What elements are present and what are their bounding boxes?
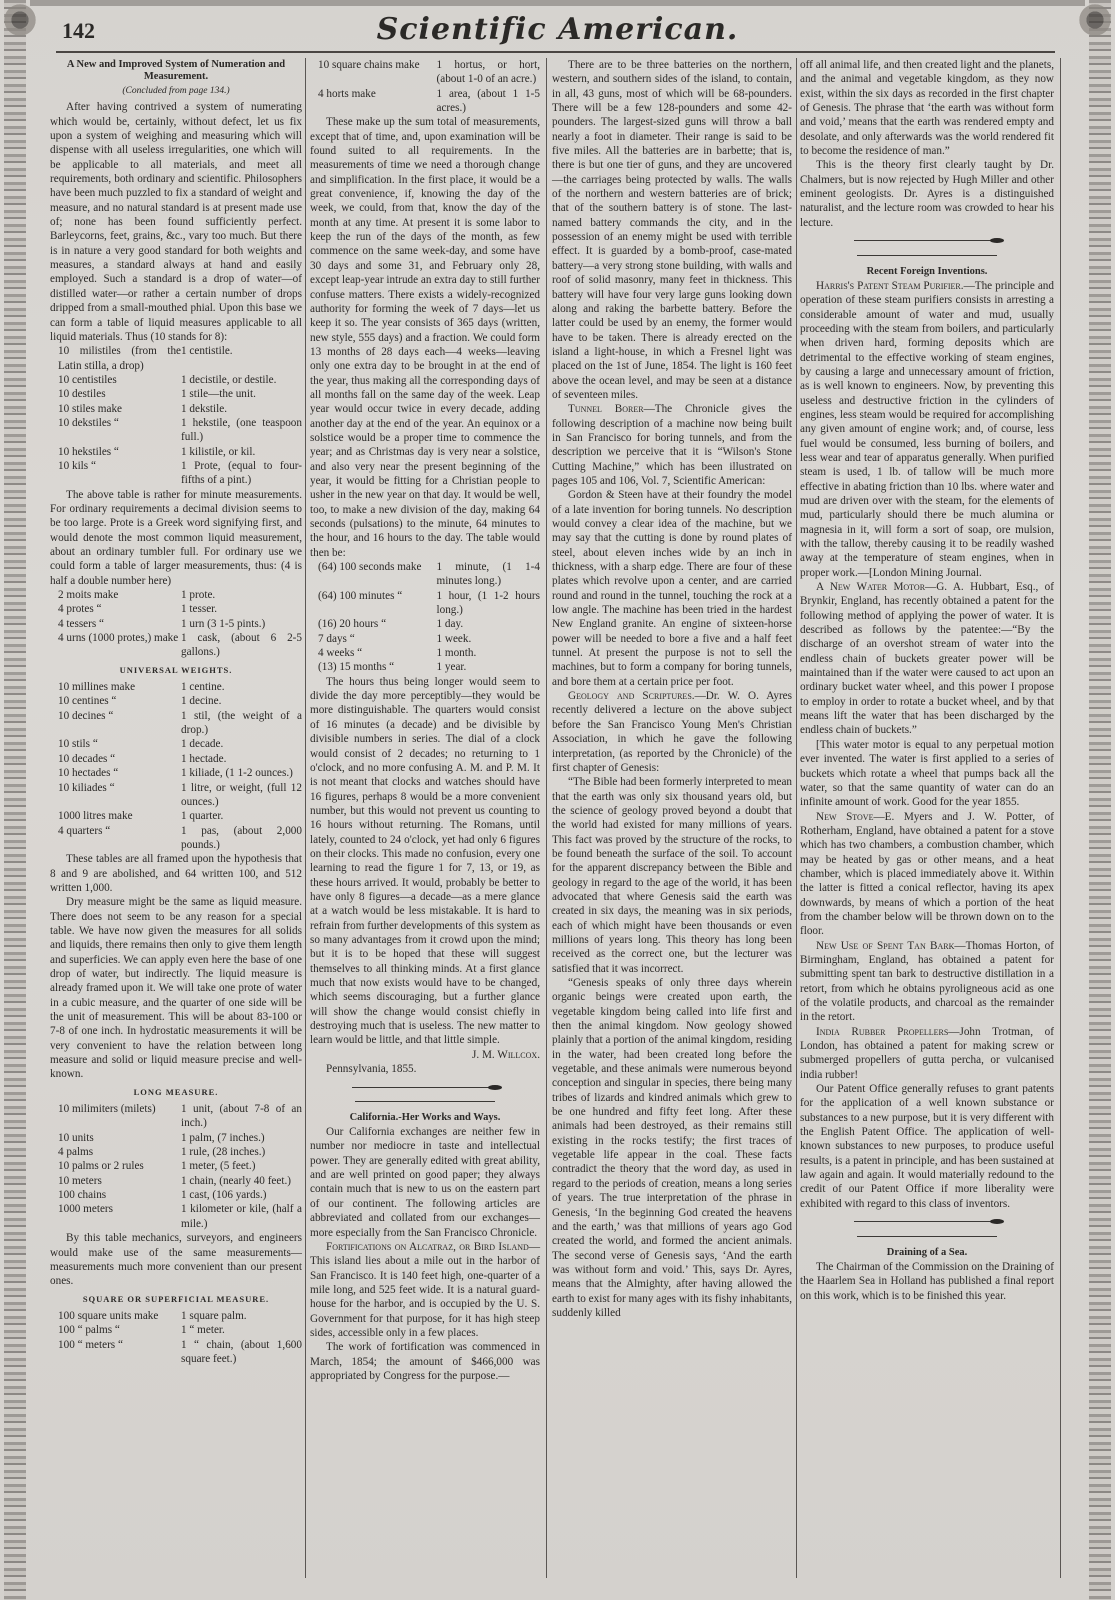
- table-row: 4 protes “1 tesser.: [50, 602, 302, 616]
- masthead-rule: [56, 51, 1055, 53]
- section-lead: Harris's Patent Steam Purifier: [816, 280, 961, 292]
- article-title: A New and Improved System of Numeration …: [50, 59, 302, 83]
- table-row: 10 square chains make1 hortus, or hort, …: [310, 58, 540, 87]
- paragraph: Our Patent Office generally refuses to g…: [800, 1082, 1054, 1211]
- table-row: 10 destiles1 stile—the unit.: [50, 387, 302, 401]
- paragraph: off all animal life, and then created li…: [800, 58, 1054, 158]
- column-3: There are to be three batteries on the n…: [552, 58, 792, 1320]
- table-row: 100 chains1 cast, (106 yards.): [50, 1188, 302, 1202]
- section-lead: New Stove: [816, 811, 873, 823]
- column-divider: [796, 58, 797, 1578]
- article-subtitle: (Concluded from page 134.): [50, 84, 302, 98]
- section-lead: A New Water Motor: [816, 581, 925, 593]
- paragraph: This is the theory first clearly taught …: [800, 158, 1054, 230]
- table-row: (16) 20 hours “1 day.: [310, 617, 540, 631]
- table-row: 1000 meters1 kilometer or kile, (half a …: [50, 1202, 302, 1231]
- table-row: 10 centines “1 decine.: [50, 694, 302, 708]
- table-row: 7 days “1 week.: [310, 632, 540, 646]
- table-row: 10 meters1 chain, (nearly 40 feet.): [50, 1174, 302, 1188]
- paragraph: Dry measure might be the same as liquid …: [50, 895, 302, 1081]
- table-row: 10 milistiles (from the Latin stilla, a …: [50, 344, 302, 373]
- paragraph: Tunnel Borer—The Chronicle gives the fol…: [552, 402, 792, 488]
- article-title: Draining of a Sea.: [800, 1247, 1054, 1259]
- table-row: 4 weeks “1 month.: [310, 646, 540, 660]
- paragraph: The Chairman of the Commission on the Dr…: [800, 1260, 1054, 1303]
- column-2: 10 square chains make1 hortus, or hort, …: [310, 58, 540, 1383]
- paragraph: Harris's Patent Steam Purifier.—The prin…: [800, 279, 1054, 580]
- paragraph: The hours thus being longer would seem t…: [310, 675, 540, 1048]
- paragraph: The work of fortification was commenced …: [310, 1340, 540, 1383]
- table-row: 4 horts make1 area, (about 1 1-5 acres.): [310, 87, 540, 116]
- table-row: 100 “ palms “1 “ meter.: [50, 1323, 302, 1337]
- section-title: Recent Foreign Inventions.: [800, 266, 1054, 278]
- table-row: 10 stiles make1 dekstile.: [50, 402, 302, 416]
- paragraph: “The Bible had been formerly interpreted…: [552, 775, 792, 976]
- square-measure-table-continued: 10 square chains make1 hortus, or hort, …: [310, 58, 540, 115]
- paragraph: The above table is rather for minute mea…: [50, 488, 302, 588]
- table-row: 10 centistiles1 decistile, or destile.: [50, 373, 302, 387]
- ornamental-divider-icon: [800, 1215, 1054, 1244]
- square-measure-table: 100 square units make1 square palm. 100 …: [50, 1309, 302, 1366]
- dateline: Pennsylvania, 1855.: [310, 1062, 540, 1076]
- section-lead: India Rubber Propellers: [816, 1026, 948, 1038]
- paragraph: These make up the sum total of measureme…: [310, 115, 540, 560]
- paragraph: Geology and Scriptures.—Dr. W. O. Ayres …: [552, 689, 792, 775]
- table-row: (13) 15 months “1 year.: [310, 660, 540, 674]
- table-row: (64) 100 minutes “1 hour, (1 1-2 hours l…: [310, 589, 540, 618]
- table-row: 10 hectades “1 kiliade, (1 1-2 ounces.): [50, 766, 302, 780]
- column-1: A New and Improved System of Numeration …: [50, 58, 302, 1366]
- paragraph: Our California exchanges are neither few…: [310, 1125, 540, 1240]
- table-row: 4 quarters “1 pas, (about 2,000 pounds.): [50, 824, 302, 853]
- article-title: California.-Her Works and Ways.: [310, 1112, 540, 1124]
- table-title: UNIVERSAL WEIGHTS.: [50, 663, 302, 677]
- table-title: LONG MEASURE.: [50, 1085, 302, 1099]
- time-table: (64) 100 seconds make1 minute, (1 1-4 mi…: [310, 560, 540, 675]
- table-row: 10 kils “1 Prote, (equal to four-fifths …: [50, 459, 302, 488]
- paragraph: These tables are all framed upon the hyp…: [50, 852, 302, 895]
- table-row: 10 decines “1 stil, (the weight of a dro…: [50, 709, 302, 738]
- paragraph: After having contrived a system of numer…: [50, 100, 302, 344]
- long-measure-table: 10 milimiters (milets)1 unit, (about 7-8…: [50, 1102, 302, 1231]
- table-row: 4 tessers “1 urn (3 1-5 pints.): [50, 617, 302, 631]
- table-row: 10 milimiters (milets)1 unit, (about 7-8…: [50, 1102, 302, 1131]
- column-divider: [305, 58, 306, 1578]
- liquid-measure-table: 10 milistiles (from the Latin stilla, a …: [50, 344, 302, 487]
- table-row: 10 palms or 2 rules1 meter, (5 feet.): [50, 1159, 302, 1173]
- table-row: 1000 litres make1 quarter.: [50, 809, 302, 823]
- author-signature: J. M. Willcox.: [310, 1048, 540, 1062]
- section-lead: Geology and Scriptures: [568, 690, 692, 702]
- table-row: 4 palms1 rule, (28 inches.): [50, 1145, 302, 1159]
- newspaper-page: 142 Scientific American. A New and Impro…: [0, 0, 1115, 1600]
- paragraph: “Genesis speaks of only three days where…: [552, 976, 792, 1320]
- ornamental-divider-icon: [310, 1080, 540, 1109]
- paragraph: A New Water Motor—G. A. Hubbart, Esq., o…: [800, 580, 1054, 738]
- paragraph: Fortifications on Alcatraz, or Bird Isla…: [310, 1240, 540, 1340]
- paragraph: By this table mechanics, surveyors, and …: [50, 1231, 302, 1288]
- table-row: (64) 100 seconds make1 minute, (1 1-4 mi…: [310, 560, 540, 589]
- table-row: 10 hekstiles “1 kilistile, or kil.: [50, 445, 302, 459]
- left-ornamental-border: [4, 0, 26, 1600]
- masthead-title: Scientific American.: [0, 12, 1115, 47]
- table-row: 10 stils “1 decade.: [50, 737, 302, 751]
- column-divider: [1060, 58, 1061, 1578]
- column-divider: [546, 58, 547, 1578]
- ornamental-divider-icon: [800, 234, 1054, 263]
- column-4: off all animal life, and then created li…: [800, 58, 1054, 1303]
- table-row: 2 moits make1 prote.: [50, 588, 302, 602]
- table-row: 10 dekstiles “1 hekstile, (one teaspoon …: [50, 416, 302, 445]
- paragraph: New Use of Spent Tan Bark—Thomas Horton,…: [800, 939, 1054, 1025]
- table-row: 100 “ meters “1 “ chain, (about 1,600 sq…: [50, 1338, 302, 1367]
- table-row: 100 square units make1 square palm.: [50, 1309, 302, 1323]
- table-row: 10 kiliades “1 litre, or weight, (full 1…: [50, 781, 302, 810]
- universal-weights-table: 10 millines make1 centine. 10 centines “…: [50, 680, 302, 852]
- section-lead: New Use of Spent Tan Bark: [816, 940, 954, 952]
- table-title: SQUARE OR SUPERFICIAL MEASURE.: [50, 1292, 302, 1306]
- top-ornamental-band: [30, 0, 1085, 6]
- right-ornamental-border: [1089, 0, 1111, 1600]
- paragraph: India Rubber Propellers—John Trotman, of…: [800, 1025, 1054, 1082]
- section-lead: Fortifications on Alcatraz, or Bird Isla…: [326, 1241, 529, 1253]
- table-row: 10 millines make1 centine.: [50, 680, 302, 694]
- table-row: 10 decades “1 hectade.: [50, 752, 302, 766]
- table-row: 4 urns (1000 protes,) make1 cask, (about…: [50, 631, 302, 660]
- paragraph: [This water motor is equal to any perpet…: [800, 738, 1054, 810]
- larger-measure-table: 2 moits make1 prote. 4 protes “1 tesser.…: [50, 588, 302, 660]
- table-row: 10 units1 palm, (7 inches.): [50, 1131, 302, 1145]
- paragraph: New Stove—E. Myers and J. W. Potter, of …: [800, 810, 1054, 939]
- paragraph: Gordon & Steen have at their foundry the…: [552, 488, 792, 689]
- section-lead: Tunnel Borer: [568, 403, 644, 415]
- paragraph: There are to be three batteries on the n…: [552, 58, 792, 402]
